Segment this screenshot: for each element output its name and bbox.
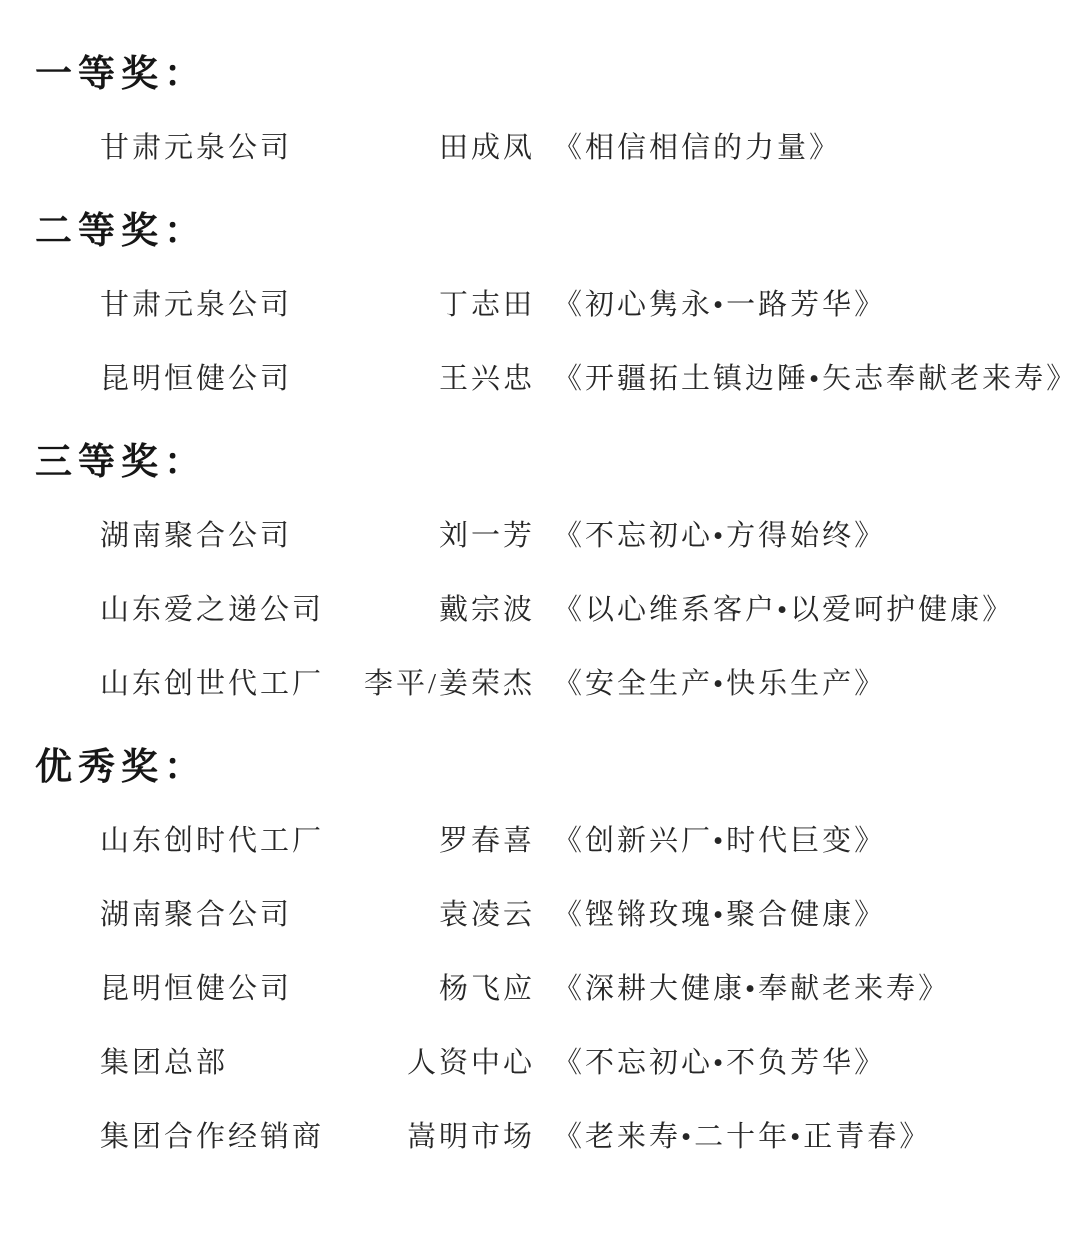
company-name: 甘肃元泉公司 xyxy=(100,128,355,169)
person-name: 刘一芳 xyxy=(355,516,535,557)
work-title: 《不忘初心•方得始终》 xyxy=(535,516,1055,557)
award-row: 甘肃元泉公司 丁志田 《初心隽永•一路芳华》 xyxy=(100,285,1055,326)
award-row: 湖南聚合公司 袁凌云 《铿锵玫瑰•聚合健康》 xyxy=(100,895,1055,936)
section-heading: 一等奖： xyxy=(35,50,1055,100)
person-name: 袁凌云 xyxy=(355,895,535,936)
award-row: 湖南聚合公司 刘一芳 《不忘初心•方得始终》 xyxy=(100,516,1055,557)
company-name: 湖南聚合公司 xyxy=(100,895,355,936)
company-name: 山东创时代工厂 xyxy=(100,821,355,862)
company-name: 集团总部 xyxy=(100,1043,355,1084)
work-title: 《不忘初心•不负芳华》 xyxy=(535,1043,1055,1084)
company-name: 昆明恒健公司 xyxy=(100,969,355,1010)
section-heading: 优秀奖： xyxy=(35,743,1055,793)
section-excellence-prize: 优秀奖： 山东创时代工厂 罗春喜 《创新兴厂•时代巨变》 湖南聚合公司 袁凌云 … xyxy=(35,743,1055,1158)
person-name: 李平/姜荣杰 xyxy=(355,664,535,705)
work-title: 《开疆拓土镇边陲•矢志奉献老来寿》 xyxy=(535,359,1078,400)
company-name: 集团合作经销商 xyxy=(100,1117,355,1158)
section-second-prize: 二等奖： 甘肃元泉公司 丁志田 《初心隽永•一路芳华》 昆明恒健公司 王兴忠 《… xyxy=(35,207,1055,400)
award-row: 甘肃元泉公司 田成凤 《相信相信的力量》 xyxy=(100,128,1055,169)
person-name: 田成凤 xyxy=(355,128,535,169)
work-title: 《老来寿•二十年•正青春》 xyxy=(535,1117,1055,1158)
award-row: 昆明恒健公司 杨飞应 《深耕大健康•奉献老来寿》 xyxy=(100,969,1055,1010)
work-title: 《初心隽永•一路芳华》 xyxy=(535,285,1055,326)
company-name: 山东爱之递公司 xyxy=(100,590,355,631)
award-row: 集团总部 人资中心 《不忘初心•不负芳华》 xyxy=(100,1043,1055,1084)
work-title: 《创新兴厂•时代巨变》 xyxy=(535,821,1055,862)
award-row: 山东爱之递公司 戴宗波 《以心维系客户•以爱呵护健康》 xyxy=(100,590,1055,631)
work-title: 《安全生产•快乐生产》 xyxy=(535,664,1055,705)
person-name: 人资中心 xyxy=(355,1043,535,1084)
section-heading: 二等奖： xyxy=(35,207,1055,257)
section-heading: 三等奖： xyxy=(35,438,1055,488)
company-name: 湖南聚合公司 xyxy=(100,516,355,557)
person-name: 罗春喜 xyxy=(355,821,535,862)
work-title: 《相信相信的力量》 xyxy=(535,128,1055,169)
award-row: 山东创时代工厂 罗春喜 《创新兴厂•时代巨变》 xyxy=(100,821,1055,862)
person-name: 王兴忠 xyxy=(355,359,535,400)
section-first-prize: 一等奖： 甘肃元泉公司 田成凤 《相信相信的力量》 xyxy=(35,50,1055,169)
award-row: 集团合作经销商 嵩明市场 《老来寿•二十年•正青春》 xyxy=(100,1117,1055,1158)
award-row: 昆明恒健公司 王兴忠 《开疆拓土镇边陲•矢志奉献老来寿》 xyxy=(100,359,1055,400)
award-row: 山东创世代工厂 李平/姜荣杰 《安全生产•快乐生产》 xyxy=(100,664,1055,705)
section-third-prize: 三等奖： 湖南聚合公司 刘一芳 《不忘初心•方得始终》 山东爱之递公司 戴宗波 … xyxy=(35,438,1055,705)
work-title: 《以心维系客户•以爱呵护健康》 xyxy=(535,590,1055,631)
company-name: 昆明恒健公司 xyxy=(100,359,355,400)
company-name: 山东创世代工厂 xyxy=(100,664,355,705)
work-title: 《铿锵玫瑰•聚合健康》 xyxy=(535,895,1055,936)
person-name: 丁志田 xyxy=(355,285,535,326)
company-name: 甘肃元泉公司 xyxy=(100,285,355,326)
person-name: 戴宗波 xyxy=(355,590,535,631)
person-name: 杨飞应 xyxy=(355,969,535,1010)
work-title: 《深耕大健康•奉献老来寿》 xyxy=(535,969,1055,1010)
award-list-document: 一等奖： 甘肃元泉公司 田成凤 《相信相信的力量》 二等奖： 甘肃元泉公司 丁志… xyxy=(0,0,1080,1249)
person-name: 嵩明市场 xyxy=(355,1117,535,1158)
